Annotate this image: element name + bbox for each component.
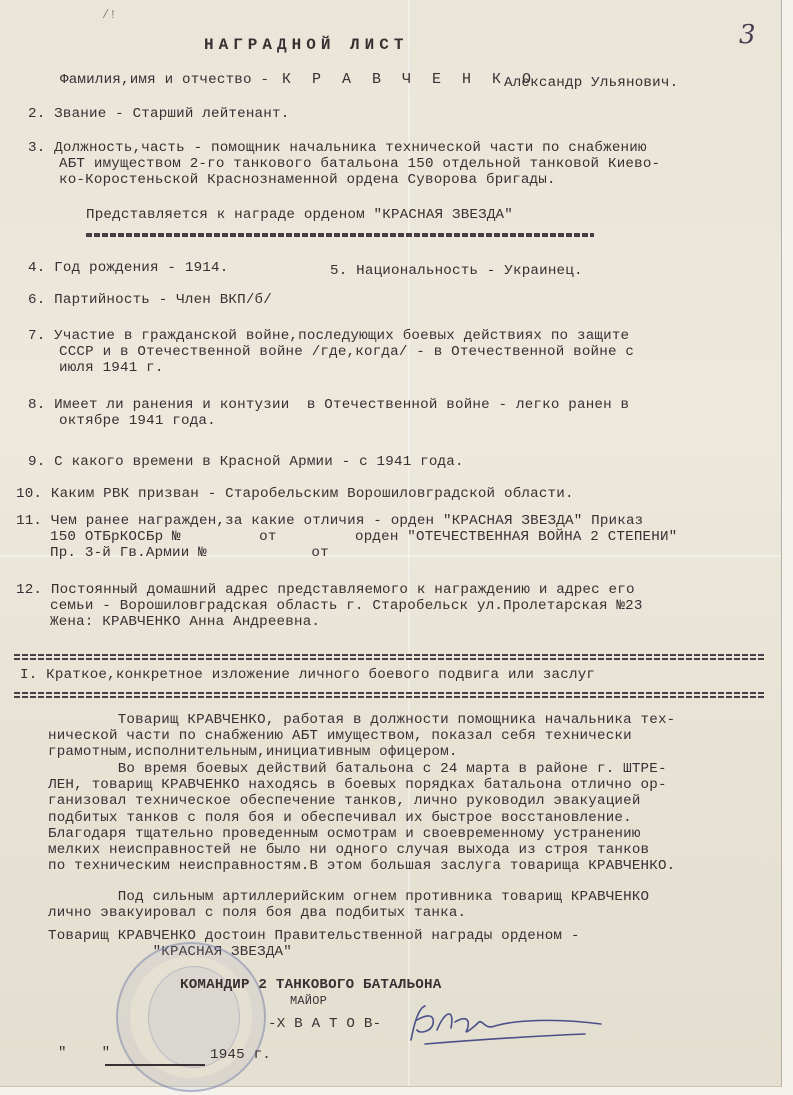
date-quotes: " " <box>58 1046 110 1060</box>
section-rule-bottom <box>14 692 766 698</box>
field-3-line-1: 3. Должность,часть - помощник начальника… <box>28 141 647 155</box>
narrative-line: ганизовал техническое обеспечение танков… <box>48 794 641 808</box>
official-seal-stamp <box>116 942 266 1092</box>
field-8-line-1: 8. Имеет ли ранения и контузии в Отечест… <box>28 398 629 412</box>
date-year: 1945 г. <box>210 1048 271 1062</box>
field-3-line-3: ко-Коростеньской Краснознаменной ордена … <box>59 173 556 187</box>
nomination-underline <box>86 233 594 237</box>
field-4-birth-year: 4. Год рождения - 1914. <box>28 261 228 275</box>
handwritten-signature <box>405 1000 605 1050</box>
narrative-line: мелких неисправностей не было ни одного … <box>48 843 649 857</box>
field-10-conscription: 10. Каким РВК призван - Старобельским Во… <box>16 487 574 501</box>
narrative-line: Благодаря тщательно проведенным осмотрам… <box>48 827 641 841</box>
field-11-line-2: 150 ОТБрКОСБр № от орден "ОТЕЧЕСТВЕННАЯ … <box>50 530 677 544</box>
narrative-line: Товарищ КРАВЧЕНКО достоин Правительствен… <box>48 929 580 943</box>
field-3-line-2: АБТ имуществом 2-го танкового батальона … <box>59 157 660 171</box>
section-rule-top <box>14 654 766 660</box>
narrative-line: по техническим неисправностям.В этом бол… <box>48 859 675 873</box>
narrative-line: нической части по снабжению АБТ имуществ… <box>48 729 632 743</box>
field-1-name: Александр Ульянович. <box>504 76 678 90</box>
section-heading: I. Краткое,конкретное изложение личного … <box>20 668 595 682</box>
narrative-line: грамотным,исполнительным,инициативным оф… <box>48 745 458 759</box>
narrative-line: Под сильным артиллерийским огнем противн… <box>48 890 649 904</box>
document-title: НАГРАДНОЙ ЛИСТ <box>204 38 408 52</box>
field-5-nationality: 5. Национальность - Украинец. <box>330 264 583 278</box>
field-7-line-1: 7. Участие в гражданской войне,последующ… <box>28 329 629 343</box>
narrative-line: ЛЕН, товарищ КРАВЧЕНКО находясь в боевых… <box>48 778 667 792</box>
field-12-line-2: семьи - Ворошиловградская область г. Ста… <box>50 599 643 613</box>
field-7-line-3: июля 1941 г. <box>59 361 164 375</box>
nomination-line: Представляется к награде орденом "КРАСНА… <box>86 208 513 222</box>
field-9-service-since: 9. С какого времени в Красной Армии - с … <box>28 455 464 469</box>
field-2-rank: 2. Звание - Старший лейтенант. <box>28 107 289 121</box>
narrative-line: Во время боевых действий батальона с 24 … <box>48 762 667 776</box>
field-1-surname: К Р А В Ч Е Н К О <box>282 73 537 87</box>
date-blank-line <box>105 1064 205 1066</box>
page-number: 3 <box>739 20 756 50</box>
narrative-line: подбитых танков с поля боя и обеспечивал… <box>48 811 632 825</box>
field-6-party: 6. Партийность - Член ВКП/б/ <box>28 293 272 307</box>
narrative-line: лично эвакуировал с поля боя два подбиты… <box>48 906 466 920</box>
narrative-line: Товарищ КРАВЧЕНКО, работая в должности п… <box>48 713 675 727</box>
field-11-line-3: Пр. 3-й Гв.Армии № от <box>50 546 329 560</box>
field-12-line-3: Жена: КРАВЧЕНКО Анна Андреевна. <box>50 615 320 629</box>
field-12-line-1: 12. Постоянный домашний адрес представля… <box>16 583 635 597</box>
field-7-line-2: СССР и в Отечественной войне /где,когда/… <box>59 345 634 359</box>
signature-rank: МАЙОР <box>290 994 327 1008</box>
field-8-line-2: октябре 1941 года. <box>59 414 216 428</box>
signature-position: КОМАНДИР 2 ТАНКОВОГО БАТАЛЬОНА <box>180 978 441 992</box>
pencil-mark: /! <box>102 8 116 22</box>
signature-name: -Х В А Т О В- <box>268 1017 381 1031</box>
field-1-label: Фамилия,имя и отчество - <box>60 73 269 87</box>
field-11-line-1: 11. Чем ранее награжден,за какие отличия… <box>16 514 643 528</box>
